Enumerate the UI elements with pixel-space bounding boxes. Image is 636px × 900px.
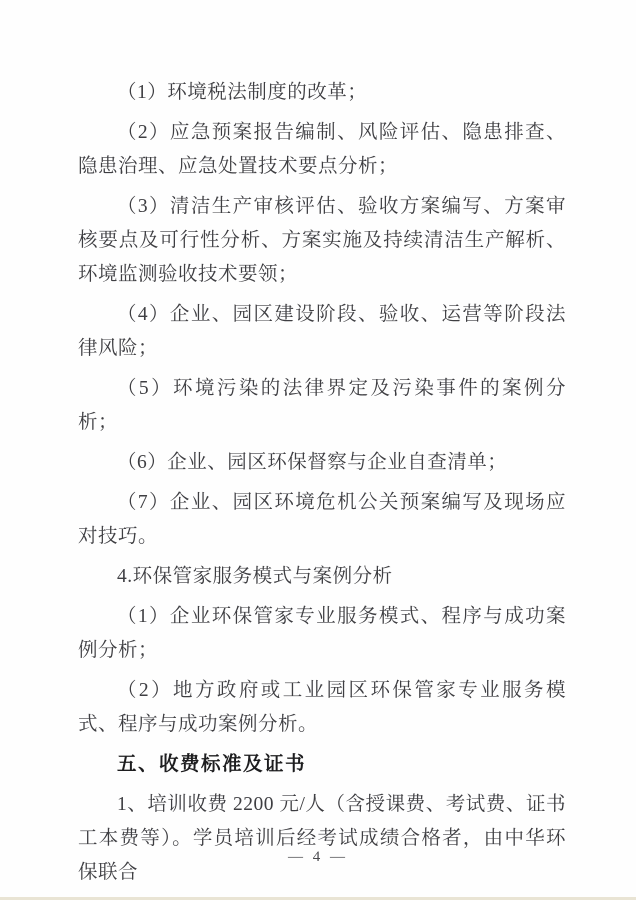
document-body: （1）环境税法制度的改革；（2）应急预案报告编制、风险评估、隐患排查、隐患治理、… — [0, 0, 636, 890]
paragraph: （2）地方政府或工业园区环保管家专业服务模式、程序与成功案例分析。 — [78, 674, 566, 742]
paragraph: （5）环境污染的法律界定及污染事件的案例分析； — [78, 372, 566, 440]
paragraph: （4）企业、园区建设阶段、验收、运营等阶段法律风险； — [78, 298, 566, 366]
paragraph: （3）清洁生产审核评估、验收方案编写、方案审核要点及可行性分析、方案实施及持续清… — [78, 190, 566, 292]
document-page: （1）环境税法制度的改革；（2）应急预案报告编制、风险评估、隐患排查、隐患治理、… — [0, 0, 636, 900]
paragraph: （1）企业环保管家专业服务模式、程序与成功案例分析； — [78, 600, 566, 668]
paragraph: 4.环保管家服务模式与案例分析 — [78, 560, 566, 594]
paragraph: （6）企业、园区环保督察与企业自查清单； — [78, 446, 566, 480]
paragraph: （7）企业、园区环境危机公关预案编写及现场应对技巧。 — [78, 486, 566, 554]
paragraph: （1）环境税法制度的改革； — [78, 76, 566, 110]
paragraph: 1、培训收费 2200 元/人（含授课费、考试费、证书工本费等）。学员培训后经考… — [78, 788, 566, 890]
paragraph: （2）应急预案报告编制、风险评估、隐患排查、隐患治理、应急处置技术要点分析； — [78, 116, 566, 184]
section-heading: 五、收费标准及证书 — [78, 748, 566, 782]
page-number: — 4 — — [0, 849, 636, 866]
